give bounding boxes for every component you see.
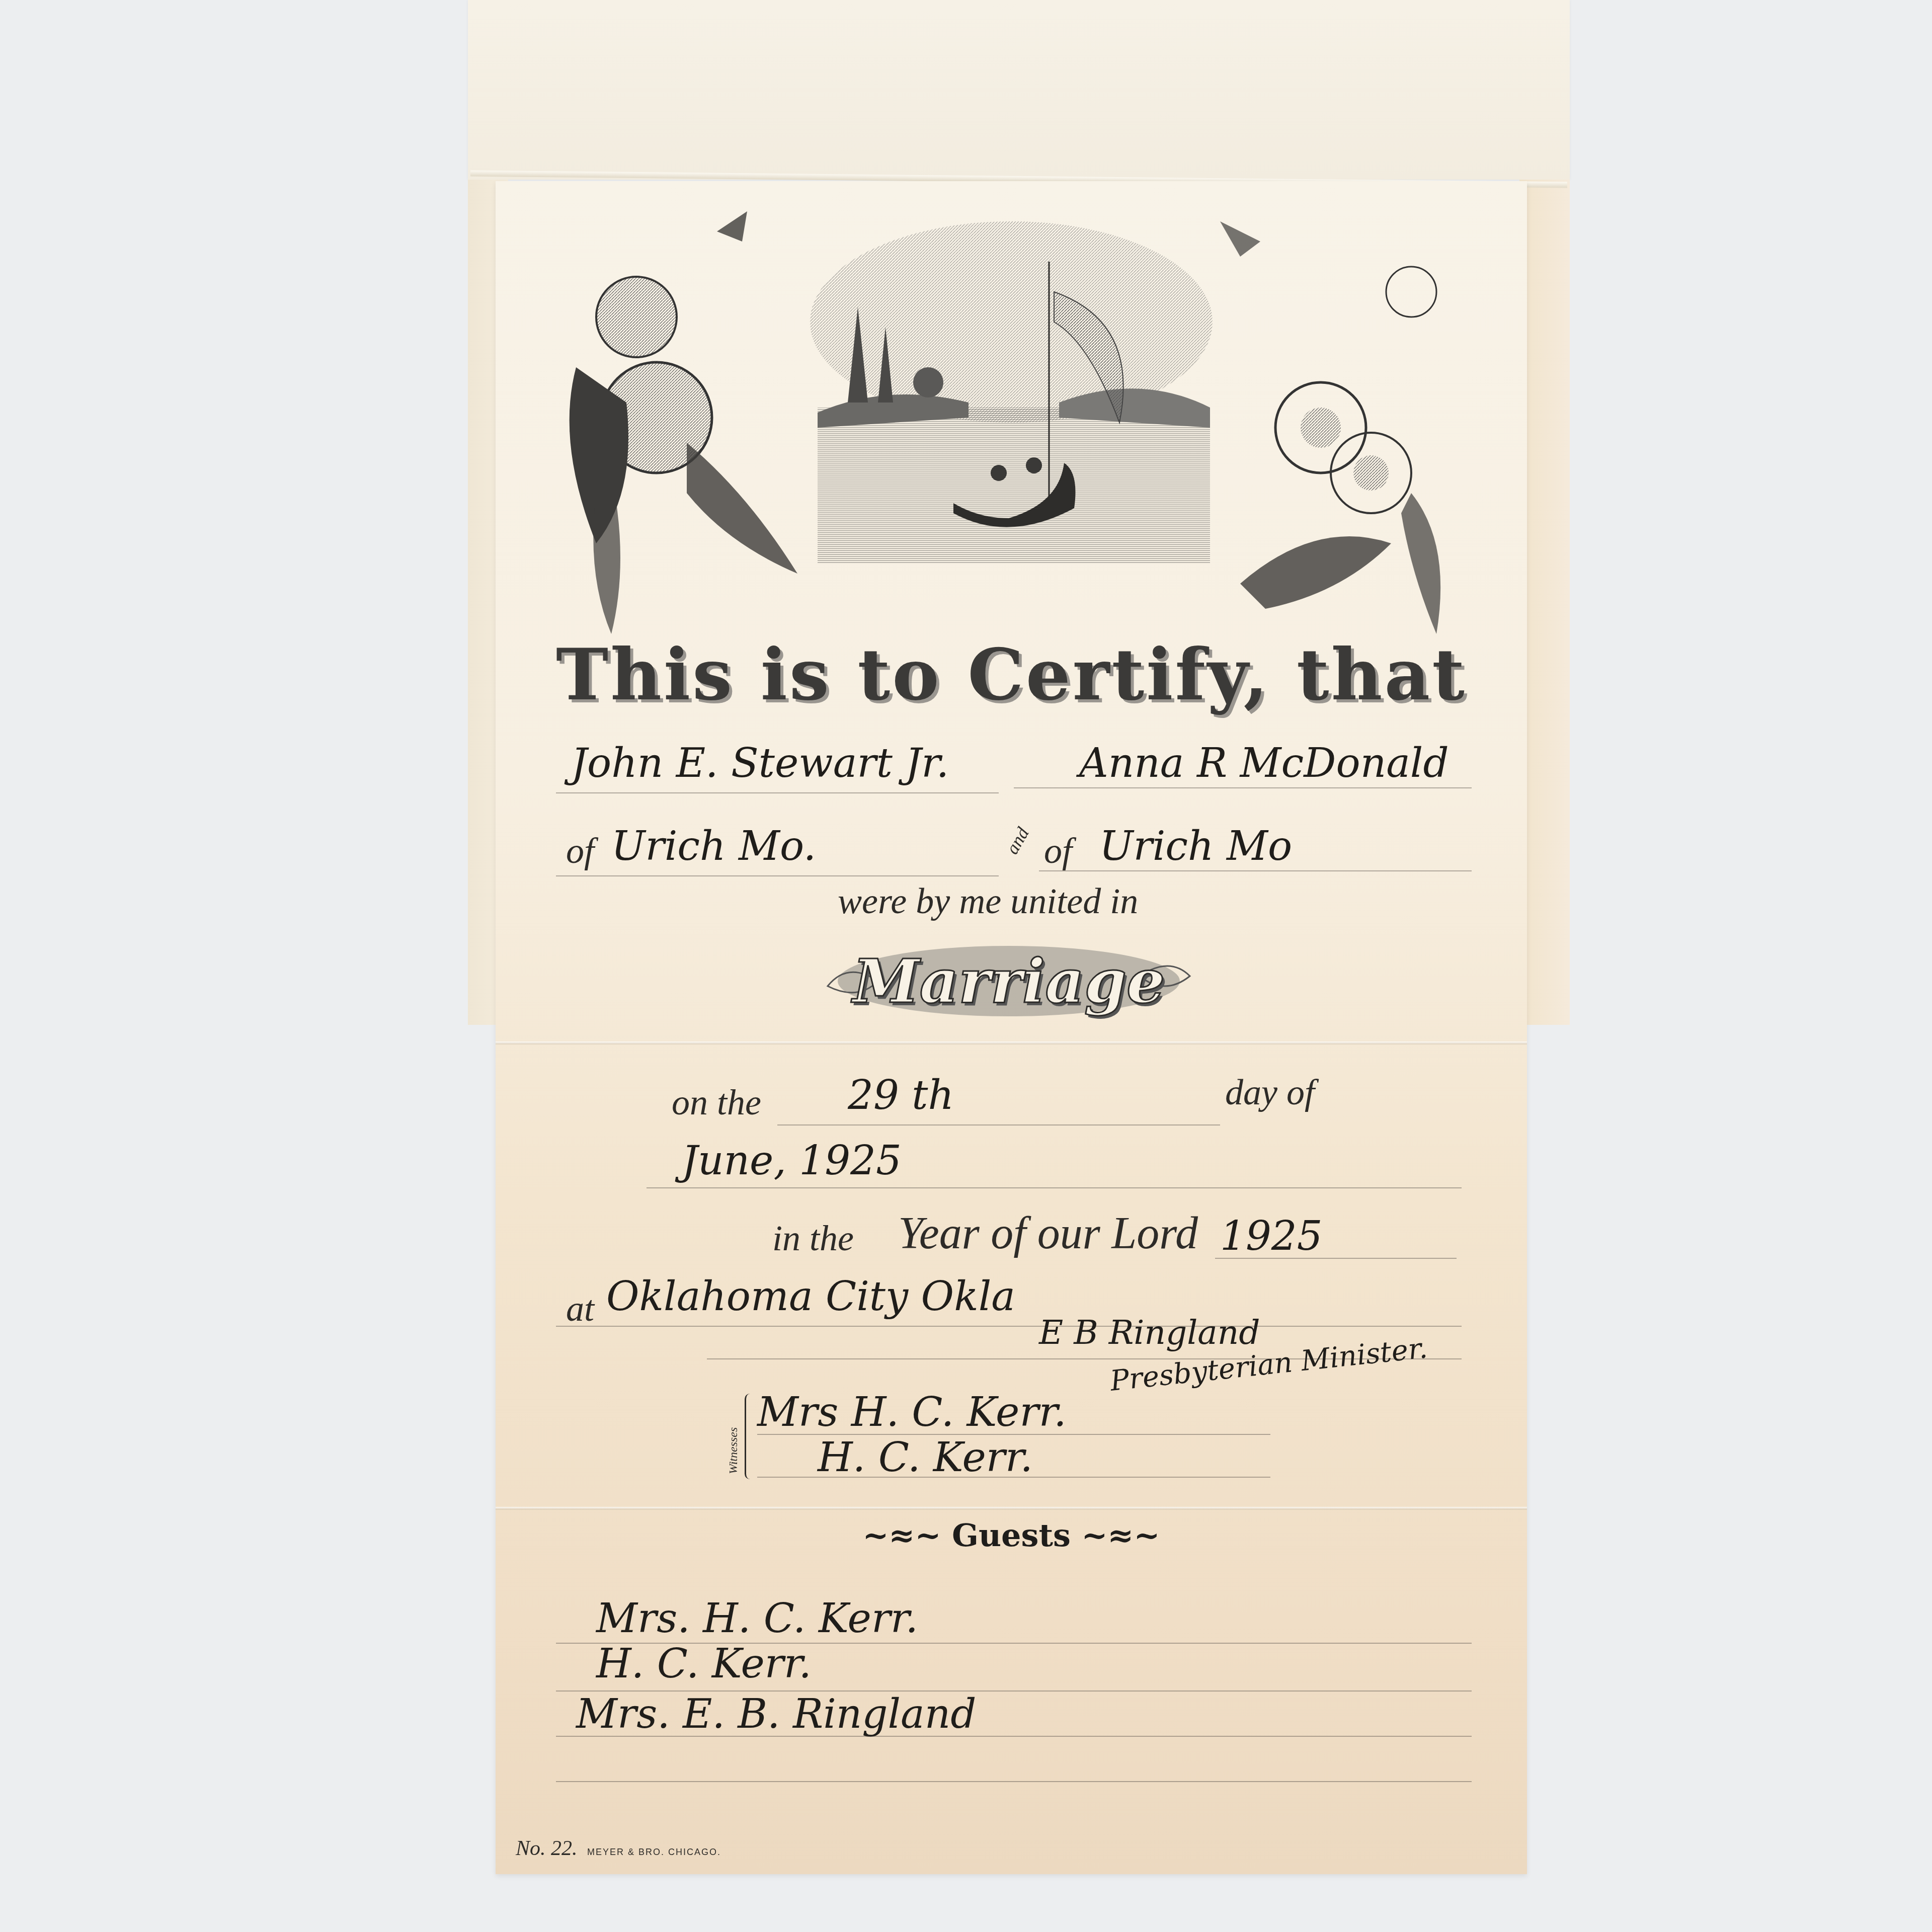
witness-2-line — [757, 1477, 1270, 1478]
on-the-label: on the — [672, 1082, 761, 1123]
guest-2: H. C. Kerr. — [596, 1640, 812, 1687]
year-line — [1215, 1258, 1457, 1259]
month-year-value: June, 1925 — [682, 1137, 902, 1184]
lower-fold-crease — [496, 1507, 1527, 1510]
guest-1: Mrs. H. C. Kerr. — [596, 1595, 918, 1642]
folded-top-panel — [468, 0, 1570, 180]
bride-name-line — [1014, 787, 1472, 788]
year-of-our-lord-label: Year of our Lord — [898, 1207, 1198, 1259]
guest-line-4 — [556, 1781, 1472, 1782]
printer-name: MEYER & BRO. CHICAGO. — [587, 1847, 721, 1857]
groom-name-line — [556, 792, 999, 793]
groom-name: John E. Stewart Jr. — [571, 740, 949, 786]
bride-name: Anna R McDonald — [1079, 740, 1449, 786]
flourish-left-icon: ~≈~ — [863, 1517, 952, 1554]
floral-lake-engraving-illustration — [536, 191, 1487, 644]
witnesses-label: Witnesses — [727, 1427, 741, 1474]
guests-heading: ~≈~ Guests ~≈~ — [496, 1517, 1527, 1554]
bride-residence: Urich Mo — [1099, 823, 1292, 869]
witness-1: Mrs H. C. Kerr. — [757, 1389, 1067, 1435]
groom-of-label: of — [566, 830, 594, 872]
month-line — [647, 1187, 1462, 1188]
day-line — [777, 1124, 1220, 1125]
witnesses-brace — [745, 1394, 755, 1479]
united-text: were by me united in — [838, 880, 1138, 922]
bride-of-label: of — [1044, 830, 1072, 872]
middle-fold-crease — [496, 1041, 1527, 1044]
groom-residence-line — [556, 875, 999, 876]
at-label: at — [566, 1288, 594, 1330]
place-line — [556, 1326, 1462, 1327]
marriage-word: Marriage — [818, 946, 1200, 1017]
place-value: Oklahoma City Okla — [606, 1273, 1015, 1320]
in-the-label: in the — [772, 1218, 854, 1259]
day-of-label: day of — [1225, 1072, 1315, 1113]
certificate-sheet: This is to Certify, that John E. Stewart… — [496, 181, 1527, 1874]
printer-imprint: No. 22. MEYER & BRO. CHICAGO. — [516, 1836, 721, 1861]
year-value: 1925 — [1220, 1213, 1323, 1259]
guest-3: Mrs. E. B. Ringland — [576, 1691, 977, 1737]
groom-residence: Urich Mo. — [611, 823, 816, 869]
bride-residence-line — [1039, 870, 1472, 871]
form-number: No. 22. — [516, 1837, 578, 1860]
witness-2: H. C. Kerr. — [818, 1434, 1033, 1481]
day-value: 29 th — [848, 1072, 954, 1118]
guests-title-text: Guests — [952, 1517, 1071, 1554]
officiant-name: E B Ringland — [1039, 1313, 1260, 1352]
right-fold-flap — [1519, 180, 1570, 1025]
marriage-banner: Marriage — [818, 931, 1200, 1026]
guest-line-3 — [556, 1736, 1472, 1737]
and-label: and — [1001, 824, 1033, 858]
certify-heading: This is to Certify, that — [496, 634, 1527, 716]
flourish-right-icon: ~≈~ — [1071, 1517, 1160, 1554]
